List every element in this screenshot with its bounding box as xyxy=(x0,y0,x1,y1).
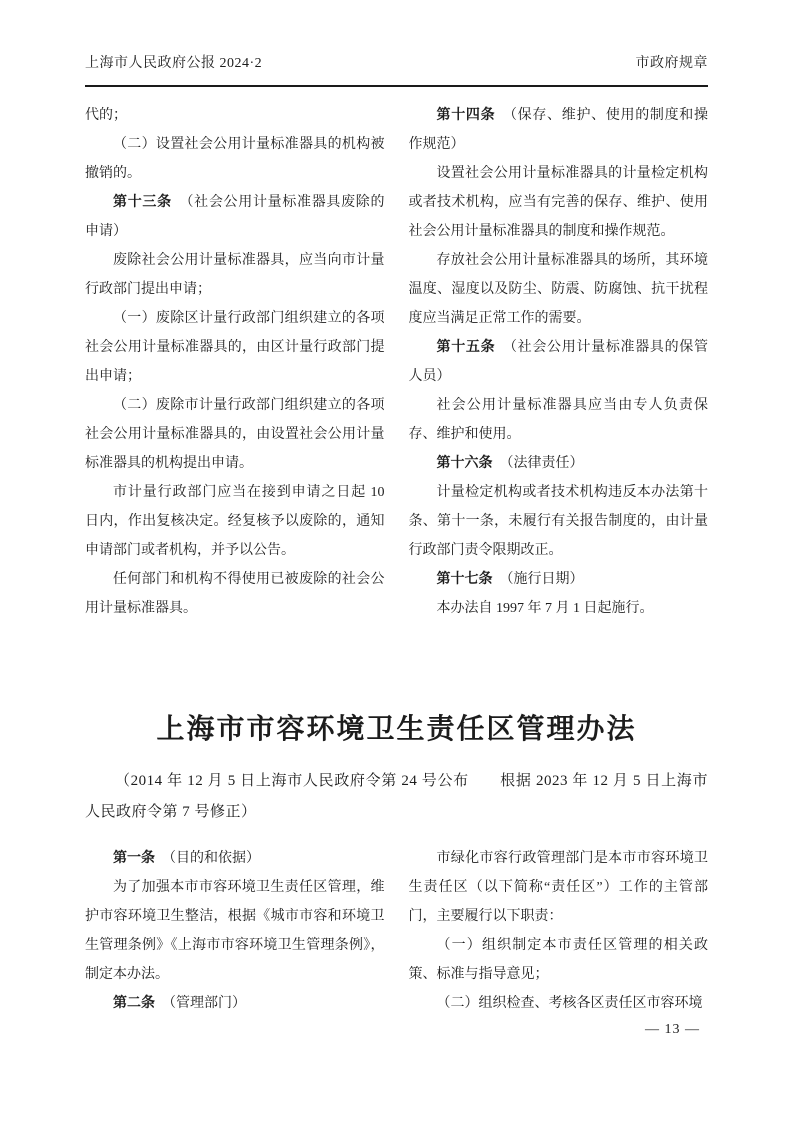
article-heading: 第十三条 （社会公用计量标准器具废除的申请） xyxy=(85,188,385,246)
paragraph: 废除社会公用计量标准器具，应当向市计量行政部门提出申请； xyxy=(85,246,385,304)
paragraph: （一）组织制定本市责任区管理的相关政策、标准与指导意见； xyxy=(409,931,709,989)
page-header: 上海市人民政府公报 2024·2 市政府规章 xyxy=(85,52,708,87)
article-heading: 第十七条 （施行日期） xyxy=(409,565,709,594)
gazette-page: 上海市人民政府公报 2024·2 市政府规章 代的；（二）设置社会公用计量标准器… xyxy=(0,0,793,1122)
article-heading: 第二条 （管理部门） xyxy=(85,989,385,1018)
article-heading: 第十四条 （保存、维护、使用的制度和操作规范） xyxy=(409,101,709,159)
doc2-left-column: 第一条 （目的和依据）为了加强本市市容环境卫生责任区管理，维护市容环境卫生整洁，… xyxy=(85,844,385,1018)
doc2-columns: 第一条 （目的和依据）为了加强本市市容环境卫生责任区管理，维护市容环境卫生整洁，… xyxy=(85,844,708,1018)
doc2-right-column: 市绿化市容行政管理部门是本市市容环境卫生责任区（以下简称“责任区”）工作的主管部… xyxy=(409,844,709,1018)
paragraph: 存放社会公用计量标准器具的场所，其环境温度、湿度以及防尘、防震、防腐蚀、抗干扰程… xyxy=(409,246,709,333)
page-number: — 13 — xyxy=(645,1022,700,1038)
paragraph: 计量检定机构或者技术机构违反本办法第十条、第十一条，未履行有关报告制度的，由计量… xyxy=(409,478,709,565)
article-heading: 第十六条 （法律责任） xyxy=(409,449,709,478)
article-number: 第十六条 xyxy=(437,456,493,471)
paragraph: （二）废除市计量行政部门组织建立的各项社会公用计量标准器具的，由设置社会公用计量… xyxy=(85,391,385,478)
paragraph: （二）设置社会公用计量标准器具的机构被撤销的。 xyxy=(85,130,385,188)
article-number: 第一条 xyxy=(113,851,155,866)
paragraph: 设置社会公用计量标准器具的计量检定机构或者技术机构，应当有完善的保存、维护、使用… xyxy=(409,159,709,246)
paragraph: （一）废除区计量行政部门组织建立的各项社会公用计量标准器具的，由区计量行政部门提… xyxy=(85,304,385,391)
paragraph: 为了加强本市市容环境卫生责任区管理，维护市容环境卫生整洁，根据《城市市容和环境卫… xyxy=(85,873,385,989)
paragraph: 社会公用计量标准器具应当由专人负责保存、维护和使用。 xyxy=(409,391,709,449)
section-label: 市政府规章 xyxy=(636,52,709,72)
gazette-title: 上海市人民政府公报 2024·2 xyxy=(85,52,262,72)
paragraph: 代的； xyxy=(85,101,385,130)
doc1-right-column: 第十四条 （保存、维护、使用的制度和操作规范）设置社会公用计量标准器具的计量检定… xyxy=(409,101,709,623)
article-number: 第十五条 xyxy=(437,340,496,355)
article-heading: 第一条 （目的和依据） xyxy=(85,844,385,873)
doc1-left-column: 代的；（二）设置社会公用计量标准器具的机构被撤销的。第十三条 （社会公用计量标准… xyxy=(85,101,385,623)
paragraph: 本办法自 1997 年 7 月 1 日起施行。 xyxy=(409,594,709,623)
promulgation-note: （2014 年 12 月 5 日上海市人民政府令第 24 号公布 根据 2023… xyxy=(85,766,708,828)
paragraph: 市计量行政部门应当在接到申请之日起 10 日内，作出复核决定。经复核予以废除的，… xyxy=(85,478,385,565)
paragraph: （二）组织检查、考核各区责任区市容环境 xyxy=(409,989,709,1018)
article-number: 第十三条 xyxy=(113,195,172,210)
doc1-columns: 代的；（二）设置社会公用计量标准器具的机构被撤销的。第十三条 （社会公用计量标准… xyxy=(85,101,708,623)
regulation-title: 上海市市容环境卫生责任区管理办法 xyxy=(85,711,708,748)
paragraph: 任何部门和机构不得使用已被废除的社会公用计量标准器具。 xyxy=(85,565,385,623)
paragraph: 市绿化市容行政管理部门是本市市容环境卫生责任区（以下简称“责任区”）工作的主管部… xyxy=(409,844,709,931)
article-number: 第二条 xyxy=(113,996,155,1011)
article-number: 第十四条 xyxy=(437,108,496,123)
article-heading: 第十五条 （社会公用计量标准器具的保管人员） xyxy=(409,333,709,391)
article-number: 第十七条 xyxy=(437,572,493,587)
